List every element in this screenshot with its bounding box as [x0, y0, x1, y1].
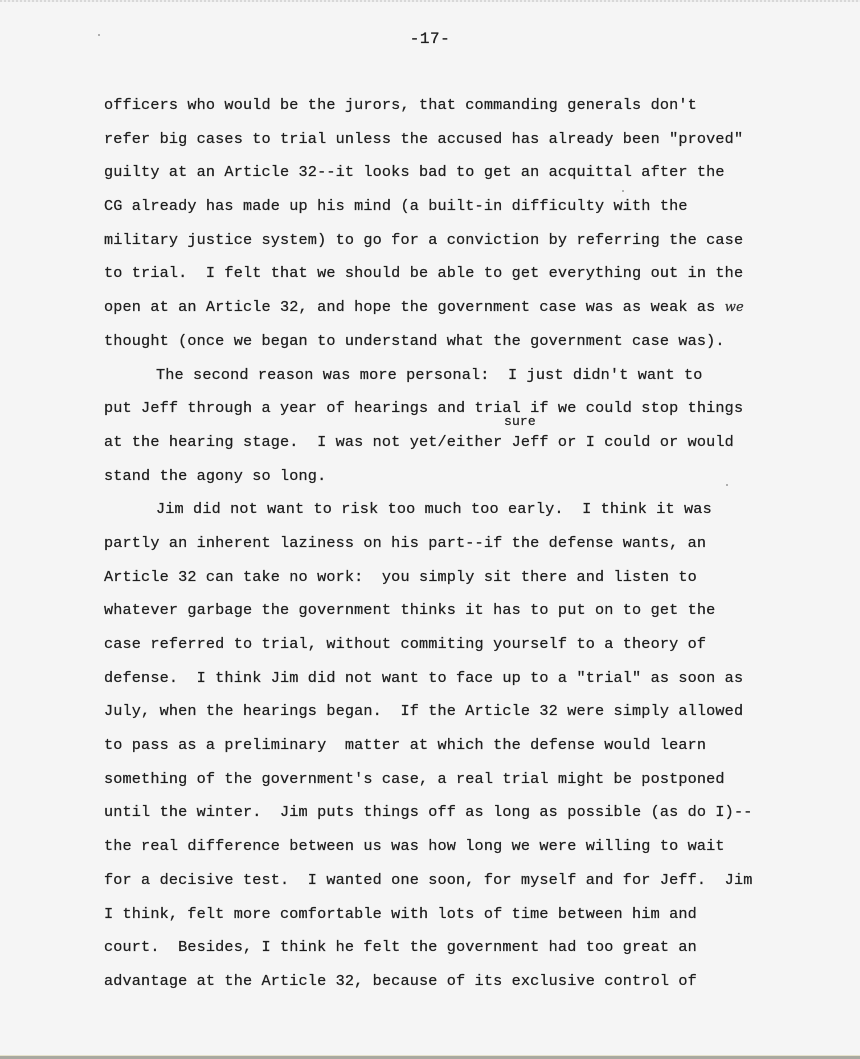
text-line-content: to trial. I felt that we should be able …: [104, 264, 743, 282]
text-line-content: guilty at an Article 32--it looks bad to…: [104, 163, 725, 181]
text-line-content: something of the government's case, a re…: [104, 770, 725, 788]
text-line: advantage at the Article 32, because of …: [104, 968, 834, 1002]
text-line: case referred to trial, without commitin…: [104, 631, 834, 665]
text-line: Article 32 can take no work: you simply …: [104, 564, 834, 598]
text-line-content: officers who would be the jurors, that c…: [104, 96, 697, 114]
text-line: the real difference between us was how l…: [104, 833, 834, 867]
scan-speck: [98, 34, 100, 36]
text-line-content: court. Besides, I think he felt the gove…: [104, 938, 697, 956]
text-line-content: CG already has made up his mind (a built…: [104, 197, 688, 215]
text-line-content: Jim did not want to risk too much too ea…: [156, 500, 712, 518]
handwritten-correction: we: [725, 300, 744, 315]
text-line-content: open at an Article 32, and hope the gove…: [104, 298, 725, 316]
text-line-content: whatever garbage the government thinks i…: [104, 601, 715, 619]
text-line-content: partly an inherent laziness on his part-…: [104, 534, 706, 552]
text-line-content: July, when the hearings began. If the Ar…: [104, 702, 743, 720]
text-line-content: defense. I think Jim did not want to fac…: [104, 669, 743, 687]
text-line: refer big cases to trial unless the accu…: [104, 126, 834, 160]
text-line-content: advantage at the Article 32, because of …: [104, 972, 697, 990]
text-line: partly an inherent laziness on his part-…: [104, 530, 834, 564]
text-line: Jim did not want to risk too much too ea…: [104, 496, 834, 530]
text-line-content: The second reason was more personal: I j…: [156, 366, 703, 384]
scan-speck: [622, 190, 624, 192]
text-line: something of the government's case, a re…: [104, 766, 834, 800]
page-bottom-edge: [0, 1055, 860, 1059]
text-line: CG already has made up his mind (a built…: [104, 193, 834, 227]
text-line: to pass as a preliminary matter at which…: [104, 732, 834, 766]
text-line: put Jeff through a year of hearings and …: [104, 395, 834, 429]
text-line-content: to pass as a preliminary matter at which…: [104, 736, 706, 754]
scan-speck: [726, 484, 728, 486]
text-line: at the hearing stage. I was not yet/eith…: [104, 429, 834, 463]
text-line-content: put Jeff through a year of hearings and …: [104, 399, 743, 417]
text-line-content: thought (once we began to understand wha…: [104, 332, 725, 350]
text-line: until the winter. Jim puts things off as…: [104, 799, 834, 833]
text-line-content: refer big cases to trial unless the accu…: [104, 130, 743, 148]
text-line: thought (once we began to understand wha…: [104, 328, 834, 362]
interlinear-insertion: sure: [504, 415, 536, 428]
text-line: court. Besides, I think he felt the gove…: [104, 934, 834, 968]
text-line-content: until the winter. Jim puts things off as…: [104, 803, 752, 821]
text-line-content: case referred to trial, without commitin…: [104, 635, 706, 653]
page-number: -17-: [0, 30, 860, 48]
text-line: to trial. I felt that we should be able …: [104, 260, 834, 294]
document-body: officers who would be the jurors, that c…: [104, 92, 834, 1002]
text-line: July, when the hearings began. If the Ar…: [104, 698, 834, 732]
text-line-content: the real difference between us was how l…: [104, 837, 725, 855]
text-line-content: stand the agony so long.: [104, 467, 326, 485]
text-line-content: at the hearing stage. I was not yet/eith…: [104, 433, 734, 451]
text-line: stand the agony so long.: [104, 463, 834, 497]
text-line: military justice system) to go for a con…: [104, 227, 834, 261]
page-top-edge: [0, 0, 860, 2]
text-line-content: I think, felt more comfortable with lots…: [104, 905, 697, 923]
text-line-content: military justice system) to go for a con…: [104, 231, 743, 249]
text-line: guilty at an Article 32--it looks bad to…: [104, 159, 834, 193]
text-line: officers who would be the jurors, that c…: [104, 92, 834, 126]
text-line: for a decisive test. I wanted one soon, …: [104, 867, 834, 901]
text-line-content: for a decisive test. I wanted one soon, …: [104, 871, 752, 889]
text-line: defense. I think Jim did not want to fac…: [104, 665, 834, 699]
text-line: I think, felt more comfortable with lots…: [104, 901, 834, 935]
text-line: open at an Article 32, and hope the gove…: [104, 294, 834, 328]
text-line: whatever garbage the government thinks i…: [104, 597, 834, 631]
text-line-content: Article 32 can take no work: you simply …: [104, 568, 697, 586]
text-line: The second reason was more personal: I j…: [104, 362, 834, 396]
